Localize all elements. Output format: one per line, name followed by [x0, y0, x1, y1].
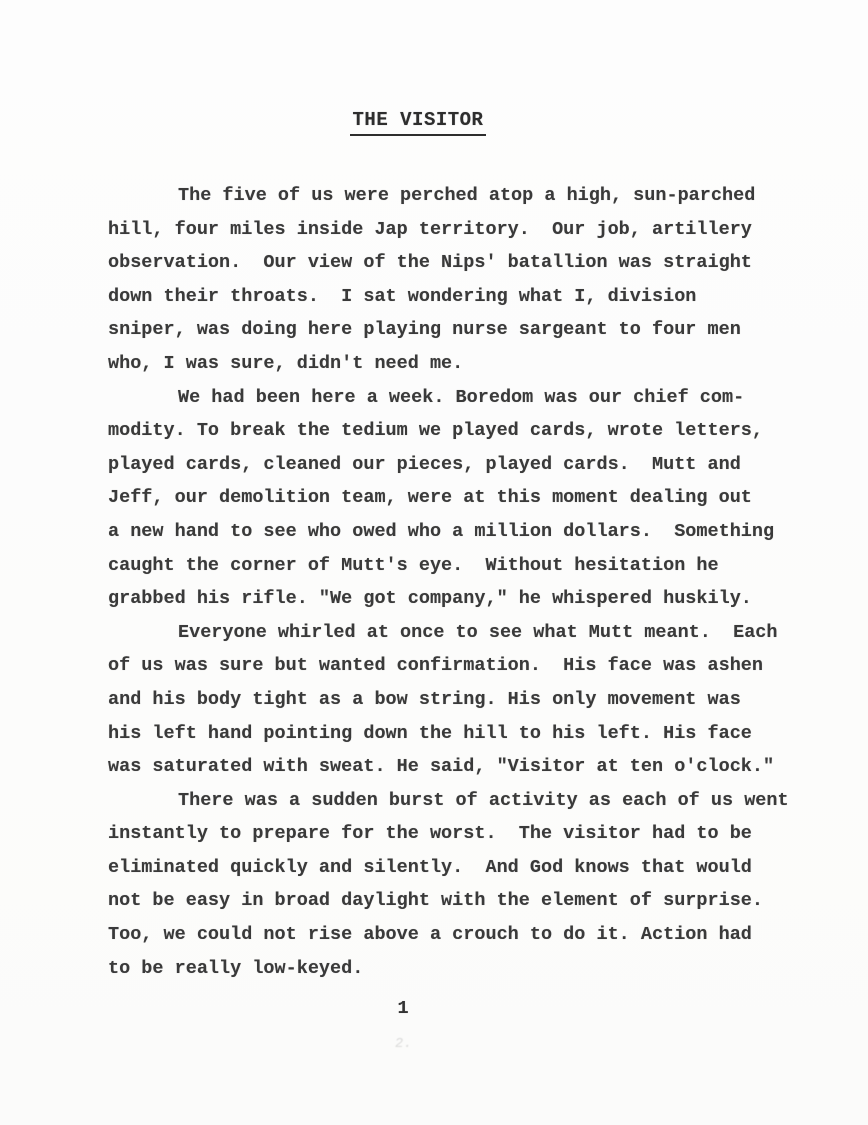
text-line: down their throats. I sat wondering what…	[108, 280, 808, 314]
page-title-text: THE VISITOR	[350, 109, 487, 136]
text-line: eliminated quickly and silently. And God…	[108, 851, 808, 885]
scan-smudge: 2.	[394, 1036, 408, 1050]
document-page: THE VISITOR The five of us were perched …	[0, 0, 868, 1125]
page-number: 1	[0, 998, 806, 1019]
text-line: not be easy in broad daylight with the e…	[108, 884, 808, 918]
text-line: There was a sudden burst of activity as …	[108, 784, 808, 818]
text-line: instantly to prepare for the worst. The …	[108, 817, 808, 851]
paragraph: Everyone whirled at once to see what Mut…	[108, 616, 808, 784]
text-line: The five of us were perched atop a high,…	[108, 179, 808, 213]
text-line: Jeff, our demolition team, were at this …	[108, 481, 808, 515]
paragraph: There was a sudden burst of activity as …	[108, 784, 808, 986]
page-title: THE VISITOR	[0, 109, 836, 131]
text-line: played cards, cleaned our pieces, played…	[108, 448, 808, 482]
document-body: The five of us were perched atop a high,…	[108, 179, 808, 985]
paragraph: We had been here a week. Boredom was our…	[108, 381, 808, 616]
text-line: of us was sure but wanted confirmation. …	[108, 649, 808, 683]
text-line: who, I was sure, didn't need me.	[108, 347, 808, 381]
text-line: hill, four miles inside Jap territory. O…	[108, 213, 808, 247]
text-line: his left hand pointing down the hill to …	[108, 717, 808, 751]
text-line: caught the corner of Mutt's eye. Without…	[108, 549, 808, 583]
text-line: grabbed his rifle. "We got company," he …	[108, 582, 808, 616]
text-line: observation. Our view of the Nips' batal…	[108, 246, 808, 280]
paragraph: The five of us were perched atop a high,…	[108, 179, 808, 381]
text-line: to be really low-keyed.	[108, 952, 808, 986]
text-line: sniper, was doing here playing nurse sar…	[108, 313, 808, 347]
text-line: was saturated with sweat. He said, "Visi…	[108, 750, 808, 784]
text-line: Everyone whirled at once to see what Mut…	[108, 616, 808, 650]
text-line: a new hand to see who owed who a million…	[108, 515, 808, 549]
text-line: Too, we could not rise above a crouch to…	[108, 918, 808, 952]
text-line: We had been here a week. Boredom was our…	[108, 381, 808, 415]
text-line: modity. To break the tedium we played ca…	[108, 414, 808, 448]
text-line: and his body tight as a bow string. His …	[108, 683, 808, 717]
